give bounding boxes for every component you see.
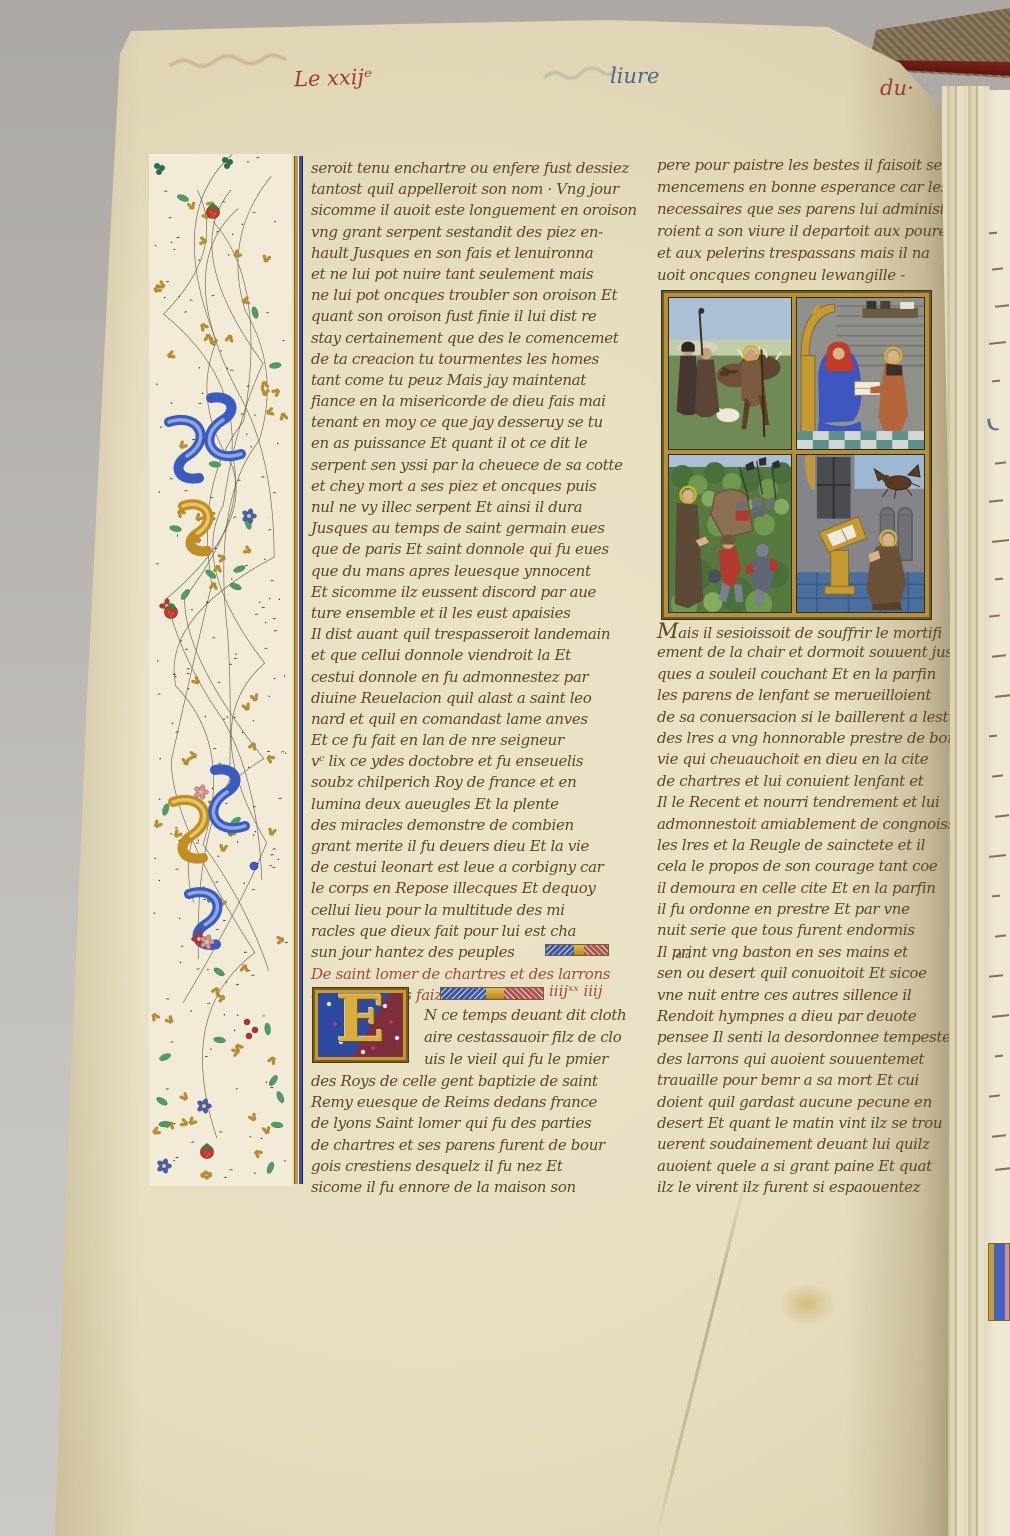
- text-line: vng grant serpent sestandit des piez en-: [311, 222, 647, 243]
- text-line: sicome il fu ennore de la maison son: [311, 1177, 647, 1198]
- left-text-column: seroit tenu enchartre ou enfere fust des…: [311, 158, 647, 963]
- text-line: sicomme il auoit este longuement en oroi…: [311, 200, 647, 221]
- miniature-panel-prayer-devil: [796, 454, 925, 613]
- running-header-right: du·: [880, 76, 914, 100]
- text-line: hault Jusques en son fais et lenuironna: [311, 243, 647, 264]
- text-line: tantost quil appelleroit son nom · Vng j…: [311, 179, 647, 200]
- text-line: vne nuit entre ces autres sillence il: [657, 985, 995, 1006]
- illuminated-floral-border: [149, 154, 292, 1186]
- text-line: cestui donnole en fu admonnestez par: [311, 667, 647, 688]
- text-line: soubz chilperich Roy de france et en: [311, 772, 647, 793]
- text-line: Il dist auant quil trespasseroit landema…: [311, 624, 647, 645]
- miniature-panel-robbers-forest: [668, 454, 792, 613]
- left-column-continued: des Roys de celle gent baptizie de saint…: [311, 1071, 647, 1198]
- text-line: fiance en la misericorde de dieu fais ma…: [311, 391, 647, 412]
- text-line: uerent soudainement deuant lui quilz: [657, 1134, 995, 1155]
- text-line: des lres a vng honnorable prestre de bon…: [657, 728, 995, 749]
- chapter-number: iiijˣˣ iiij: [549, 982, 603, 1000]
- text-line: Jusques au temps de saint germain eues: [311, 518, 647, 539]
- text-line: et que cellui donnole viendroit la Et: [311, 645, 647, 666]
- text-line: trauaille pour bemr a sa mort Et cui: [657, 1070, 995, 1091]
- text-line: cela le propos de son courage tant coe: [657, 856, 995, 877]
- border-divider-bar: [294, 156, 303, 1184]
- text-line: uis le vieil qui fu le pmier: [424, 1048, 648, 1070]
- text-line: nard et quil en comandast lame anves: [311, 709, 647, 730]
- page-left-edge-tint: [50, 0, 140, 1536]
- text-line: de lyons Saint lomer qui fu des parties: [311, 1113, 647, 1134]
- text-line: cellui lieu pour la multitude des mi: [311, 900, 647, 921]
- text-line: il demoura en celle cite Et en la parfin: [657, 878, 995, 899]
- manuscript-photo: Le xxijᵉ liure du· seroit tenu enchartre…: [0, 0, 1010, 1536]
- interlinear-correction: ala: [676, 950, 691, 961]
- parchment-crease: [654, 1170, 749, 1536]
- text-line: Mais il sesioissoit de souffrir le morti…: [657, 621, 995, 642]
- text-line: de chartres et lui conuient lenfant et: [657, 771, 995, 792]
- text-line: des Roys de celle gent baptizie de saint: [311, 1071, 647, 1092]
- ink-showthrough-mark: [540, 62, 620, 88]
- text-line: que de paris Et saint donnole qui fu eue…: [311, 539, 647, 560]
- text-line: des miracles demonstre de combien: [311, 815, 647, 836]
- text-line: vie qui cheuauchoit en dieu en la cite: [657, 749, 995, 770]
- text-line: et ne lui pot nuire tant seulement mais: [311, 264, 647, 285]
- next-leaf-partial-initial: [988, 1243, 1010, 1321]
- text-line: ques a souleil couchant Et en la parfin: [657, 664, 995, 685]
- text-line: nuit serie que tous furent endormis: [657, 920, 995, 941]
- text-line: il fu ordonne en prestre Et par vne: [657, 899, 995, 920]
- text-line: diuine Reuelacion quil alast a saint leo: [311, 688, 647, 709]
- text-line: ture ensemble et il les eust apaisies: [311, 603, 647, 624]
- ink-showthrough-mark: [165, 48, 295, 78]
- text-line: lumina deux aueugles Et la plente: [311, 794, 647, 815]
- text-line: quant son oroison fust finie il lui dist…: [311, 306, 647, 327]
- text-line: stay certainement que des le comencemet: [311, 328, 647, 349]
- text-line: N ce temps deuant dit cloth: [424, 1004, 648, 1026]
- text-line: et chey mort a ses piez et oncques puis: [311, 476, 647, 497]
- line-filler-ornament: [545, 944, 609, 956]
- text-line: gois crestiens desquelz il fu nez Et: [311, 1156, 647, 1177]
- parchment-stain: [778, 1282, 836, 1326]
- text-line: Il le Recent et nourri tendrement et lui: [657, 792, 995, 813]
- text-line: tenant en moy ce que jay desseruy se tu: [311, 412, 647, 433]
- text-line: grant merite il fu deuers dieu Et la vie: [311, 836, 647, 857]
- text-line: de sa conuersacion si le baillerent a le…: [657, 707, 995, 728]
- text-line: doient quil gardast aucune pecune en: [657, 1092, 995, 1113]
- manuscript-page: Le xxijᵉ liure du· seroit tenu enchartre…: [0, 0, 1010, 1536]
- illuminated-initial: E: [313, 988, 408, 1062]
- running-header-left: Le xxijᵉ: [294, 65, 373, 92]
- text-line: admonnestoit amiablement de congnoisse: [657, 814, 995, 835]
- text-line: que du mans apres leuesque ynnocent: [311, 561, 647, 582]
- text-line: le corps en Repose illecques Et dequoy: [311, 878, 647, 899]
- text-line: tant come tu peuz Mais jay maintenat: [311, 370, 647, 391]
- miniature-panel-shepherd-almsgiving: [668, 297, 792, 450]
- text-line: racles que dieux fait pour lui est cha: [311, 921, 647, 942]
- text-line: de chartres et ses parens furent de bour: [311, 1135, 647, 1156]
- text-line: ement de la chair et dormoit souuent jus: [657, 642, 995, 663]
- text-line: auoient quele a si grant paine Et quat: [657, 1156, 995, 1177]
- text-line: seroit tenu enchartre ou enfere fust des…: [311, 158, 647, 179]
- text-line: nul ne vy illec serpent Et ainsi il dura: [311, 497, 647, 518]
- line-filler-ornament: [440, 987, 544, 1000]
- text-line: serpent sen yssi par la cheuece de sa co…: [311, 455, 647, 476]
- text-line: les lres et la Reugle de sainctete et il: [657, 835, 995, 856]
- text-line: sen ou desert quil conuoitoit Et sicoe: [657, 963, 995, 984]
- text-line: de ta creacion tu tourmentes les homes: [311, 349, 647, 370]
- text-line: ilz le virent ilz furent si espaouentez: [657, 1177, 995, 1198]
- text-line: Et sicomme ilz eussent discord par aue: [311, 582, 647, 603]
- left-column-indented-lines: N ce temps deuant dit clothaire cestassa…: [424, 1004, 648, 1070]
- text-line: de cestui leonart est leue a corbigny ca…: [311, 857, 647, 878]
- text-line: Et ce fu fait en lan de nre seigneur: [311, 730, 647, 751]
- text-line: desert Et quant le matin vint ilz se tro…: [657, 1113, 995, 1134]
- text-line: pensee Il senti la desordonnee tempeste: [657, 1027, 995, 1048]
- text-line: Il print vng baston en ses mains et: [657, 942, 995, 963]
- four-part-miniature: [662, 291, 931, 619]
- text-line: ne lui pot oncques troubler son oroison …: [311, 285, 647, 306]
- text-line: en as puissance Et quant il ot ce dit le: [311, 433, 647, 454]
- text-line: Rendoit hympnes a dieu par deuote: [657, 1006, 995, 1027]
- text-line: aire cestassauoir filz de clo: [424, 1026, 648, 1048]
- initial-letter: E: [315, 988, 406, 1057]
- right-text-column-lower: Mais il sesioissoit de souffrir le morti…: [657, 621, 995, 1199]
- text-line: des larrons qui auoient souuentemet: [657, 1049, 995, 1070]
- text-line: vᶜ lix ce ydes doctobre et fu enseuelis: [311, 751, 647, 772]
- miniature-panel-receiving-book: [796, 297, 925, 450]
- text-line: les parens de lenfant se merueilloient: [657, 685, 995, 706]
- text-line: Remy euesque de Reims dedans france: [311, 1092, 647, 1113]
